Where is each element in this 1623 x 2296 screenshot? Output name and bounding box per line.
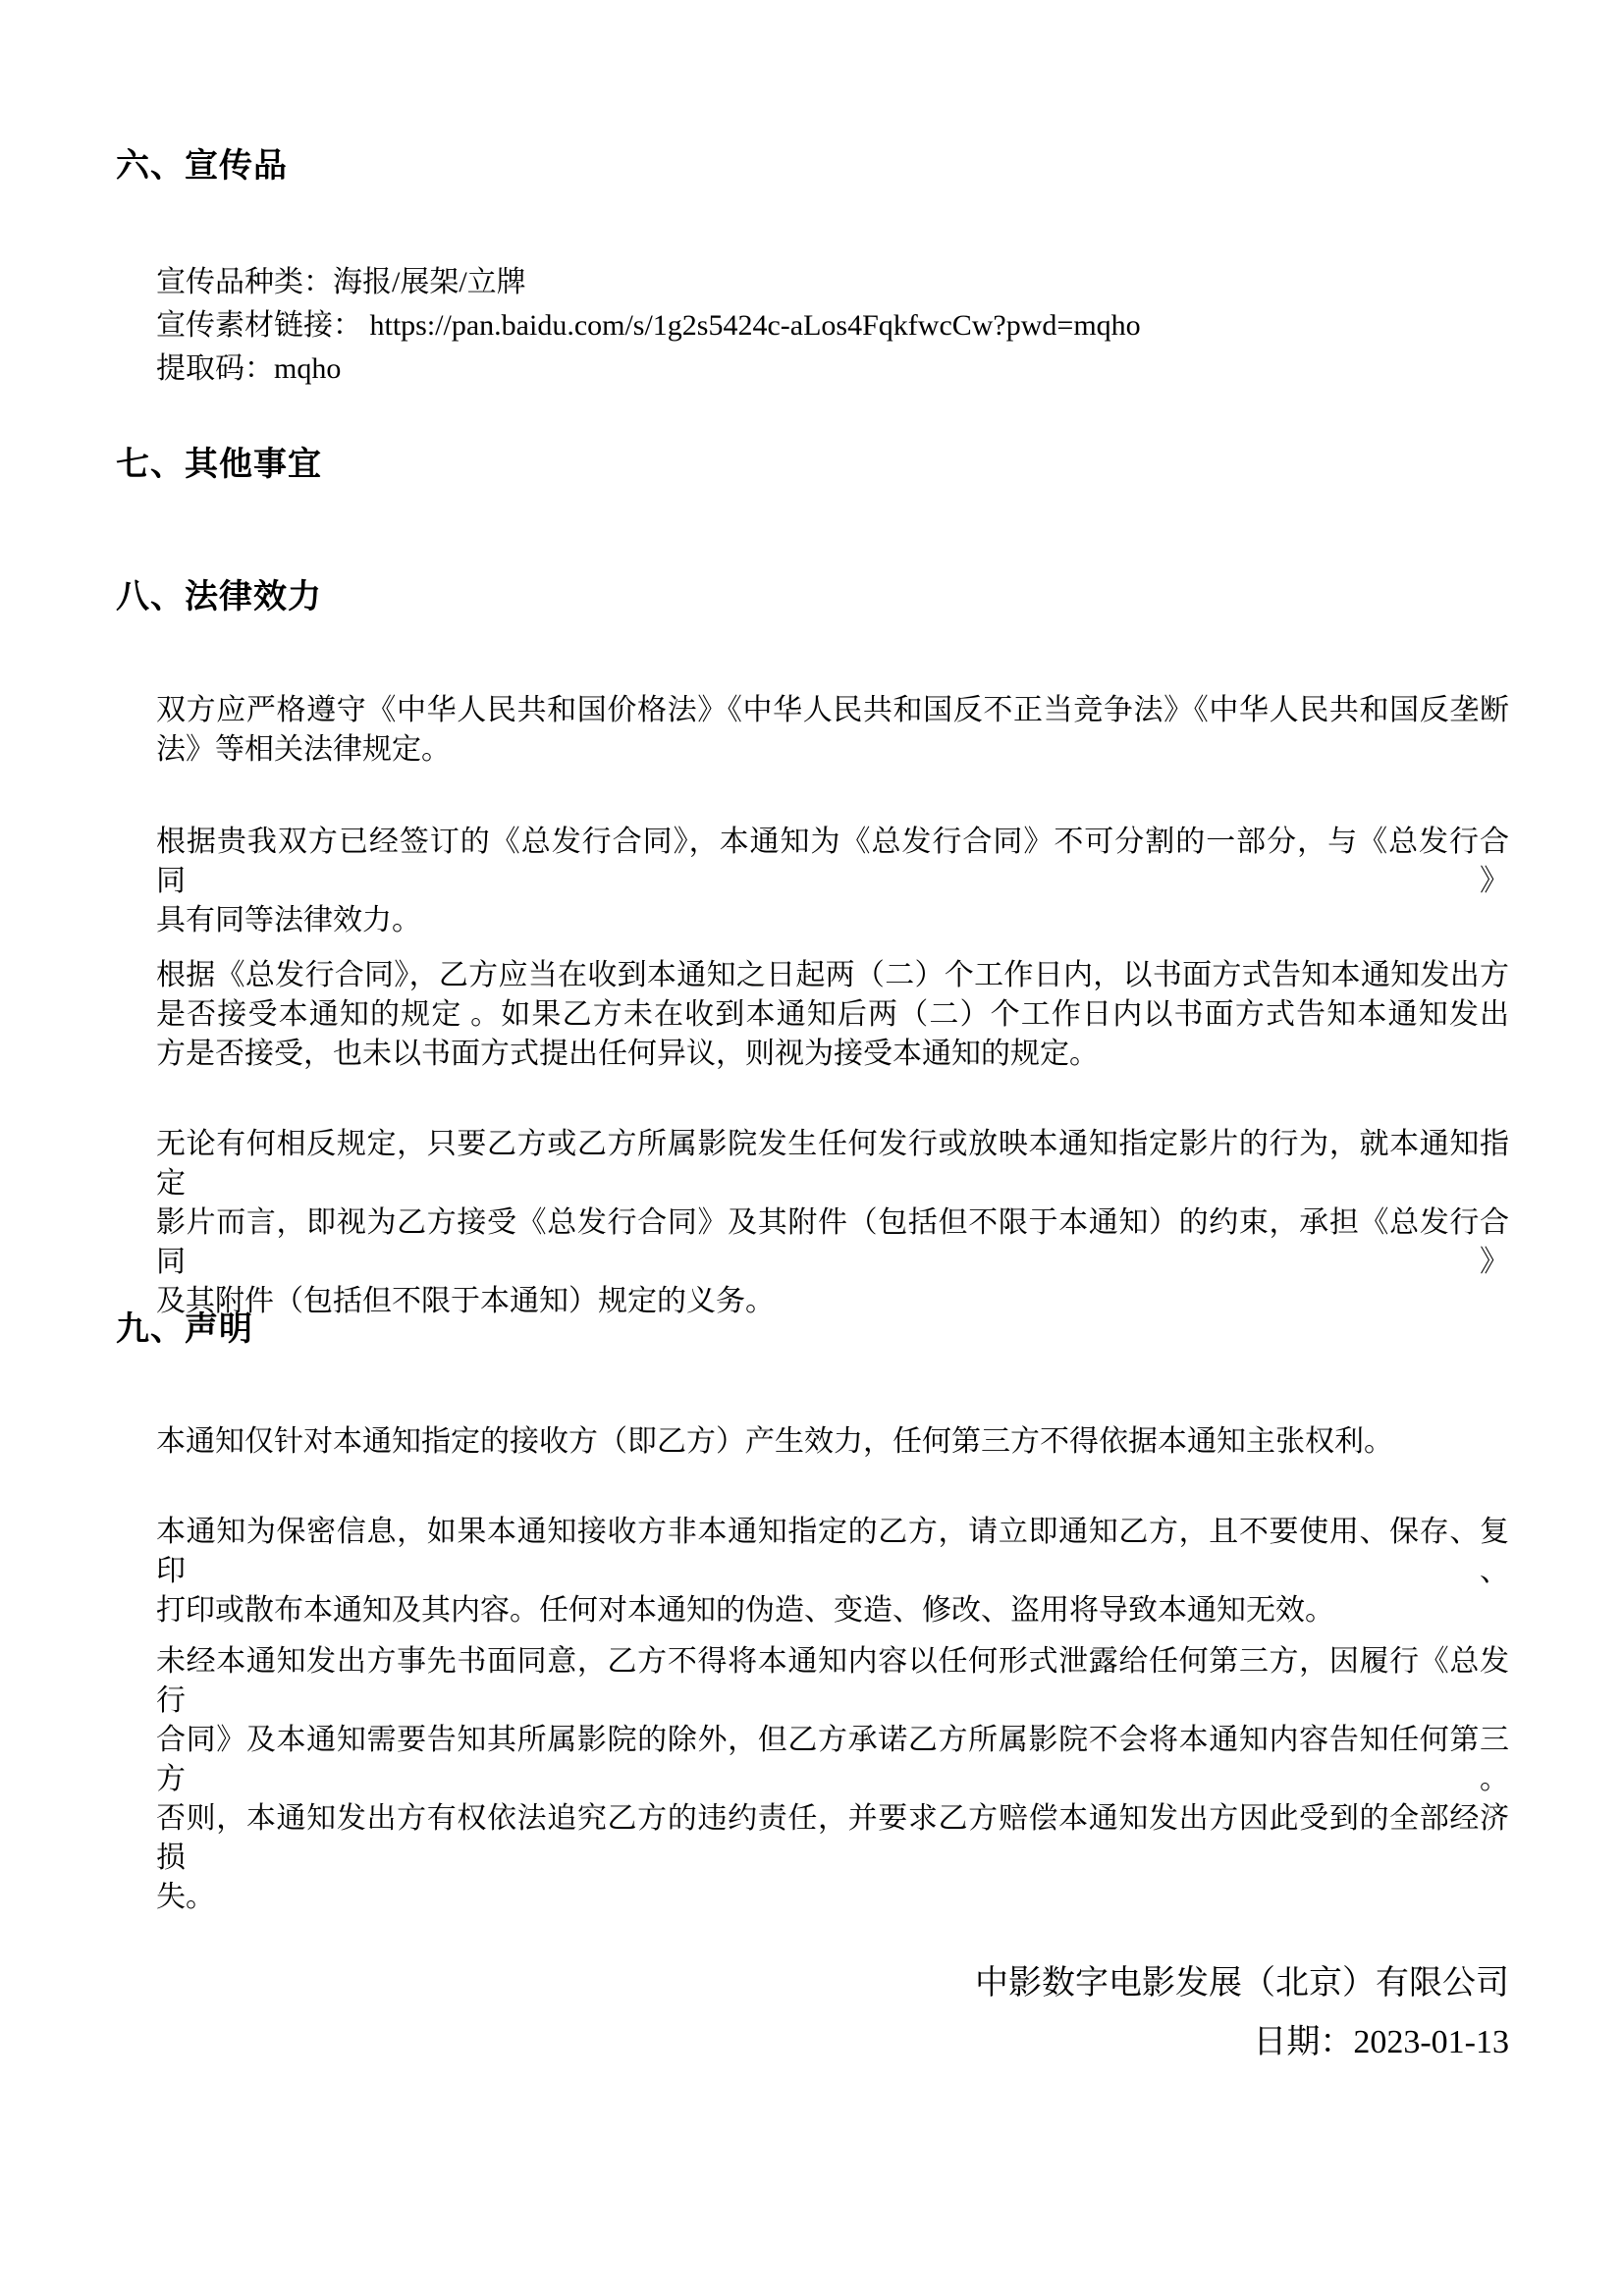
- text-line: 宣传品种类：海报/展架/立牌: [156, 261, 1509, 304]
- legal-effect-paragraph-4: 无论有何相反规定，只要乙方或乙方所属影院发生任何发行或放映本通知指定影片的行为，…: [156, 1125, 1509, 1321]
- section-heading-publicity-materials: 六、宣传品: [116, 147, 288, 185]
- signature-date: 日期：2023-01-13: [156, 2023, 1509, 2062]
- declaration-paragraph-1: 本通知仅针对本通知指定的接收方（即乙方）产生效力，任何第三方不得依据本通知主张权…: [156, 1422, 1509, 1462]
- section-heading-other-matters: 七、其他事宜: [116, 446, 322, 483]
- declaration-paragraph-2: 本通知为保密信息，如果本通知接收方非本通知指定的乙方，请立即通知乙方，且不要使用…: [156, 1513, 1509, 1630]
- text-line: 方是否接受，也未以书面方式提出任何异议，则视为接受本通知的规定。: [156, 1035, 1509, 1074]
- text-line: 打印或散布本通知及其内容。任何对本通知的伪造、变造、修改、盗用将导致本通知无效。: [156, 1591, 1509, 1630]
- legal-effect-paragraph-3: 根据《总发行合同》，乙方应当在收到本通知之日起两（二）个工作日内，以书面方式告知…: [156, 956, 1509, 1074]
- text-line: 是否接受本通知的规定 。如果乙方未在收到本通知后两（二）个工作日内以书面方式告知…: [156, 995, 1509, 1035]
- legal-effect-paragraph-2: 根据贵我双方已经签订的《总发行合同》，本通知为《总发行合同》不可分割的一部分，与…: [156, 823, 1509, 940]
- text-line: 未经本通知发出方事先书面同意，乙方不得将本通知内容以任何形式泄露给任何第三方，因…: [156, 1642, 1509, 1721]
- text-line: 具有同等法律效力。: [156, 901, 1509, 940]
- text-line: 宣传素材链接： https://pan.baidu.com/s/1g2s5424…: [156, 304, 1509, 347]
- text-line: 根据贵我双方已经签订的《总发行合同》，本通知为《总发行合同》不可分割的一部分，与…: [156, 823, 1509, 901]
- declaration-paragraph-3: 未经本通知发出方事先书面同意，乙方不得将本通知内容以任何形式泄露给任何第三方，因…: [156, 1642, 1509, 1917]
- publicity-materials-details: 宣传品种类：海报/展架/立牌宣传素材链接： https://pan.baidu.…: [156, 261, 1509, 391]
- signature-company-name: 中影数字电影发展（北京）有限公司: [156, 1964, 1509, 2003]
- text-line: 否则，本通知发出方有权依法追究乙方的违约责任，并要求乙方赔偿本通知发出方因此受到…: [156, 1799, 1509, 1878]
- text-line: 本通知仅针对本通知指定的接收方（即乙方）产生效力，任何第三方不得依据本通知主张权…: [156, 1422, 1509, 1462]
- text-line: 失。: [156, 1878, 1509, 1917]
- text-line: 及其附件（包括但不限于本通知）规定的义务。: [156, 1282, 1509, 1321]
- document-page: 六、宣传品 宣传品种类：海报/展架/立牌宣传素材链接： https://pan.…: [0, 0, 1623, 2296]
- text-line: 合同》及本通知需要告知其所属影院的除外，但乙方承诺乙方所属影院不会将本通知内容告…: [156, 1721, 1509, 1799]
- text-line: 本通知为保密信息，如果本通知接收方非本通知指定的乙方，请立即通知乙方，且不要使用…: [156, 1513, 1509, 1591]
- text-line: 影片而言，即视为乙方接受《总发行合同》及其附件（包括但不限于本通知）的约束，承担…: [156, 1203, 1509, 1282]
- section-heading-declaration: 九、声明: [116, 1310, 253, 1348]
- legal-effect-paragraph-1: 双方应严格遵守《中华人民共和国价格法》《中华人民共和国反不正当竞争法》《中华人民…: [156, 691, 1509, 770]
- text-line: 无论有何相反规定，只要乙方或乙方所属影院发生任何发行或放映本通知指定影片的行为，…: [156, 1125, 1509, 1203]
- text-line: 提取码：mqho: [156, 347, 1509, 391]
- section-heading-legal-effect: 八、法律效力: [116, 578, 322, 615]
- text-line: 法》等相关法律规定。: [156, 730, 1509, 770]
- text-line: 根据《总发行合同》，乙方应当在收到本通知之日起两（二）个工作日内，以书面方式告知…: [156, 956, 1509, 995]
- text-line: 双方应严格遵守《中华人民共和国价格法》《中华人民共和国反不正当竞争法》《中华人民…: [156, 691, 1509, 730]
